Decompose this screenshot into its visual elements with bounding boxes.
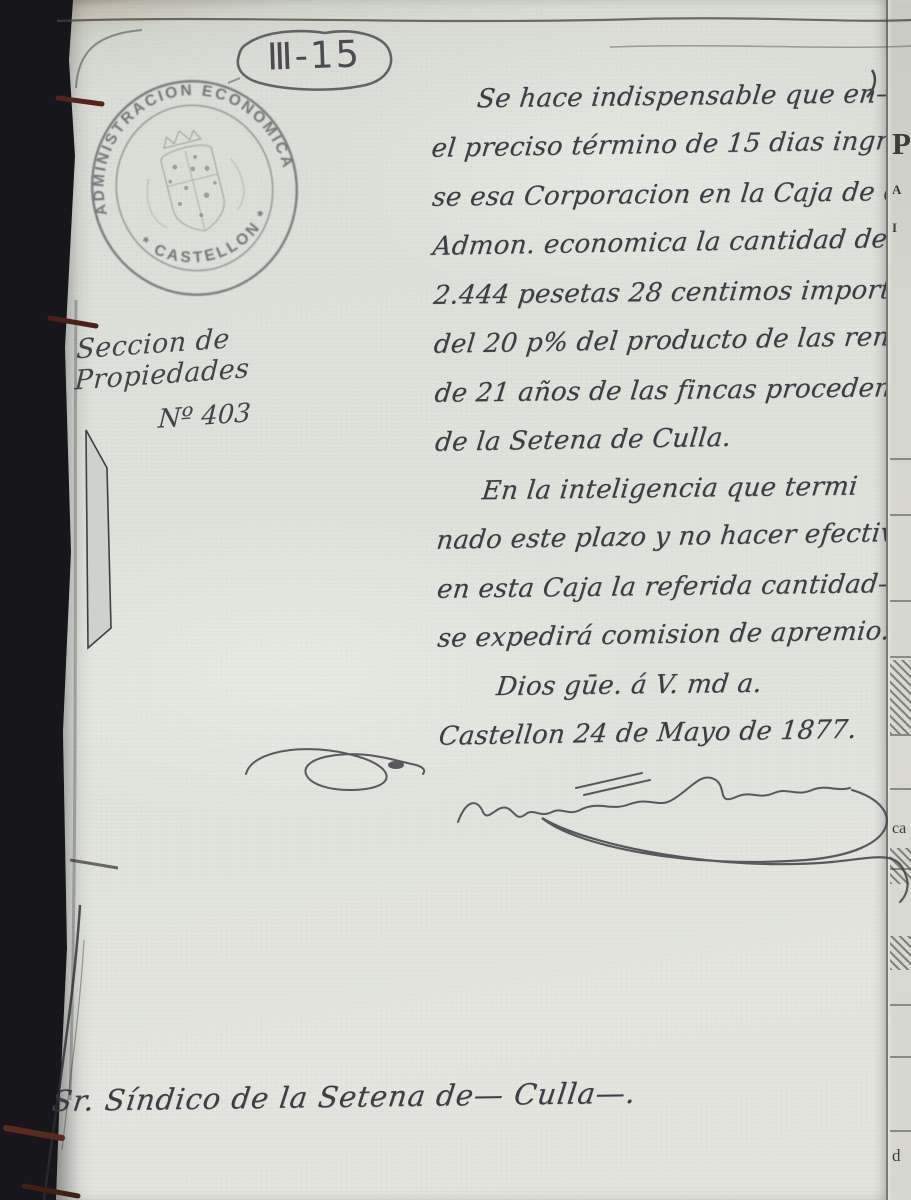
manuscript-line: nado este plazo y no hacer efectiva, [427,518,910,575]
printed-fragment: ca [892,820,906,838]
hatched-cell [890,848,911,884]
manuscript-line: se expedirá comision de apremio. [428,616,911,673]
adjacent-page-sliver: P A I ca d [886,0,911,1200]
printed-fragment: P [892,126,911,162]
manuscript-line: Admon. economica la cantidad de— [423,224,906,281]
manuscript-line: del 20 p% del producto de las rentas, [424,322,907,379]
printed-rule [890,600,911,602]
manuscript-line: Se hace indispensable que en— [421,79,904,134]
scanned-manuscript: Ⅲ-15 ADMINISTRACION ECONOMICA * CASTELLO… [0,0,911,1200]
manuscript-line: el preciso término de 15 dias ingre [422,126,905,183]
printed-rule [890,514,911,516]
printed-fragment: A [892,182,901,198]
printed-fragment: I [892,220,897,236]
manuscript-line: Dios gūe. á V. md a. [429,667,911,722]
manuscript-body: Se hace indispensable que en— el preciso… [421,79,907,771]
hatched-cell [890,936,911,970]
printed-rule [890,734,911,736]
manuscript-line: En la inteligencia que termi [426,471,909,526]
manuscript-line: de 21 años de las fincas procedentes [425,373,908,428]
manuscript-line: 2.444 pesetas 28 centimos importe— [424,275,907,330]
printed-rule [890,1004,911,1006]
hatched-cell [890,660,911,734]
svg-text:* CASTELLON *: * CASTELLON * [134,203,281,281]
printed-rule [890,1130,911,1132]
printed-rule [890,788,911,790]
manuscript-line: Castellon 24 de Mayo de 1877. [429,714,911,771]
manuscript-line: se esa Corporacion en la Caja de esta— [423,177,906,232]
printed-fragment: d [892,1146,901,1166]
printed-rule [890,458,911,460]
printed-rule [890,1056,911,1058]
manuscript-line: de la Setena de Culla. [426,420,909,477]
manuscript-line: en esta Caja la referida cantidad— [427,569,910,624]
printed-rule [890,656,911,658]
stamp-bottom-text: * CASTELLON * [134,203,281,281]
coat-of-arms-icon [133,119,252,242]
